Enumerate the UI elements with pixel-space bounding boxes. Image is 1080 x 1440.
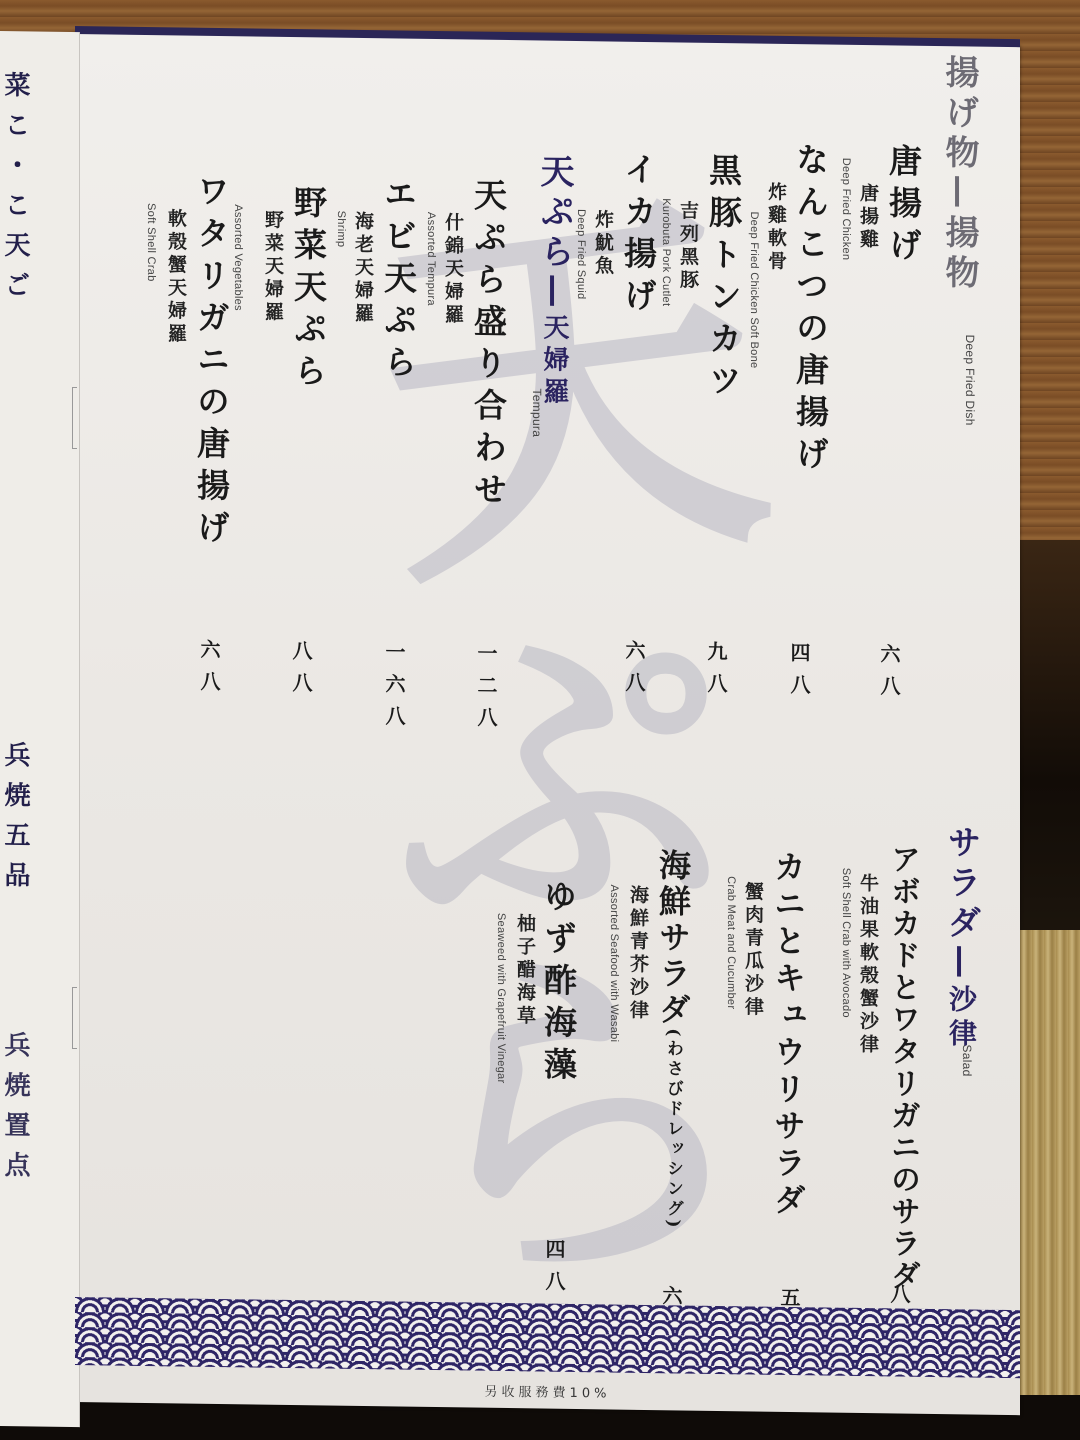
section-title-jp: 天ぷら <box>534 153 574 274</box>
menu-item-name: ゆず酢海藻 <box>535 878 582 1089</box>
menu-item-zh-name: 炸雞軟骨 <box>763 182 790 274</box>
menu-item-name: 黒豚トンカツ <box>700 153 747 406</box>
menu-item-zh-name: 牛油果軟殼蟹沙律 <box>855 873 882 1057</box>
section-title-zh: 揚物 <box>939 214 979 295</box>
menu-item-name: ワタリガニの唐揚げ <box>188 174 235 553</box>
menu-item-zh-name: 軟殼蟹天婦羅 <box>163 208 190 346</box>
menu-item-name: なんこつの唐揚げ <box>787 142 834 479</box>
menu-item-zh-name: 海老天婦羅 <box>350 211 377 326</box>
section-title-en: Deep Fried Dish <box>963 334 977 425</box>
left-page-text-fragment: 兵焼五品 <box>0 741 34 902</box>
menu-item-price: 四八 <box>785 642 814 706</box>
menu-item-name: 海鮮サラダ <box>654 848 692 1029</box>
menu-item-name: 唐揚げ <box>880 143 927 270</box>
menu-item-price: 一二八 <box>472 643 501 739</box>
section-title-en: Tempura <box>530 388 544 437</box>
section-title-salad: サラダ—沙律 <box>937 824 986 1053</box>
menu-item-zh-name: 什錦天婦羅 <box>440 212 467 327</box>
binding-staple <box>72 387 77 449</box>
menu-item-price: 四八 <box>540 1238 569 1302</box>
title-separator: — <box>939 174 979 215</box>
menu-item-zh-name: 柚子醋海草 <box>512 913 539 1028</box>
menu-item-price: 九八 <box>702 641 731 705</box>
title-separator: — <box>941 944 981 985</box>
section-title-agemono: 揚げ物—揚物 <box>935 54 984 295</box>
menu-item-en-name: Deep Fried Chicken <box>840 158 852 261</box>
menu-item-zh-name: 野菜天婦羅 <box>260 210 287 325</box>
binding-staple <box>72 987 77 1049</box>
menu-item-price: 六八 <box>195 639 224 703</box>
menu-item-en-name: Soft Shell Crab with Avocado <box>840 868 852 1018</box>
section-title-jp: サラダ <box>941 824 981 945</box>
menu-item-name: イカ揚げ <box>615 152 662 321</box>
menu-item-zh-name: 唐揚雞 <box>855 183 882 252</box>
menu-item-en-name: Seaweed with Grapefruit Vinegar <box>495 913 507 1084</box>
menu-item-price: 八八 <box>287 640 316 704</box>
menu-item-en-name: Shrimp <box>335 211 347 248</box>
service-charge-note: 另收服務費10% <box>75 1375 1020 1407</box>
menu-item-name: アボカドとワタリガニのサラダ <box>880 843 924 1292</box>
menu-item-en-name: Soft Shell Crab <box>145 203 157 282</box>
menu-item-note: (わさびドレッシング) <box>663 1028 683 1230</box>
menu-item-en-name: Assorted Tempura <box>425 212 437 306</box>
menu-item-price: 六八 <box>875 643 904 707</box>
menu-item-zh-name: 蟹肉青瓜沙律 <box>740 881 767 1019</box>
menu-item-name: 天ぷら盛り合わせ <box>465 177 512 514</box>
left-facing-page: 菜こ・こ天ご 兵焼五品 兵焼置点 <box>0 31 80 1427</box>
menu-item-name: エビ天ぷら <box>375 176 422 387</box>
section-title-zh: 沙律 <box>945 984 978 1052</box>
section-title-en: Salad <box>960 1044 974 1076</box>
menu-page: 菜こ・こ天ご 兵焼五品 兵焼置点 天 ぷ ら 揚げ物—揚物 Deep Fried… <box>75 32 1020 1415</box>
seigaiha-wave-pattern <box>75 1297 1020 1378</box>
menu-item-zh-name: 海鮮青芥沙律 <box>625 885 652 1023</box>
menu-item-name-group: 海鮮サラダ(わさびドレッシング) <box>650 848 696 1231</box>
section-title-tempura: 天ぷら—天婦羅 <box>530 153 579 410</box>
menu-item-price: 一六八 <box>380 641 409 737</box>
menu-item-en-name: Crab Meat and Cucumber <box>725 876 737 1009</box>
menu-item-zh-name: 炸魷魚 <box>590 209 617 278</box>
menu-item-name: カニとキュウリサラダ <box>765 850 811 1221</box>
left-page-text-fragment: 菜こ・こ天ご <box>0 71 34 312</box>
section-title-jp: 揚げ物 <box>939 54 979 175</box>
left-page-text-fragment: 兵焼置点 <box>0 1031 34 1192</box>
menu-item-en-name: Assorted Seafood with Wasabi <box>608 884 620 1042</box>
menu-item-name: 野菜天ぷら <box>285 185 332 396</box>
menu-item-zh-name: 吉列黑豚 <box>675 200 702 292</box>
title-separator: — <box>534 273 574 314</box>
menu-item-en-name: Deep Fried Chicken Soft Bone <box>748 211 760 368</box>
menu-item-price: 六八 <box>620 640 649 704</box>
